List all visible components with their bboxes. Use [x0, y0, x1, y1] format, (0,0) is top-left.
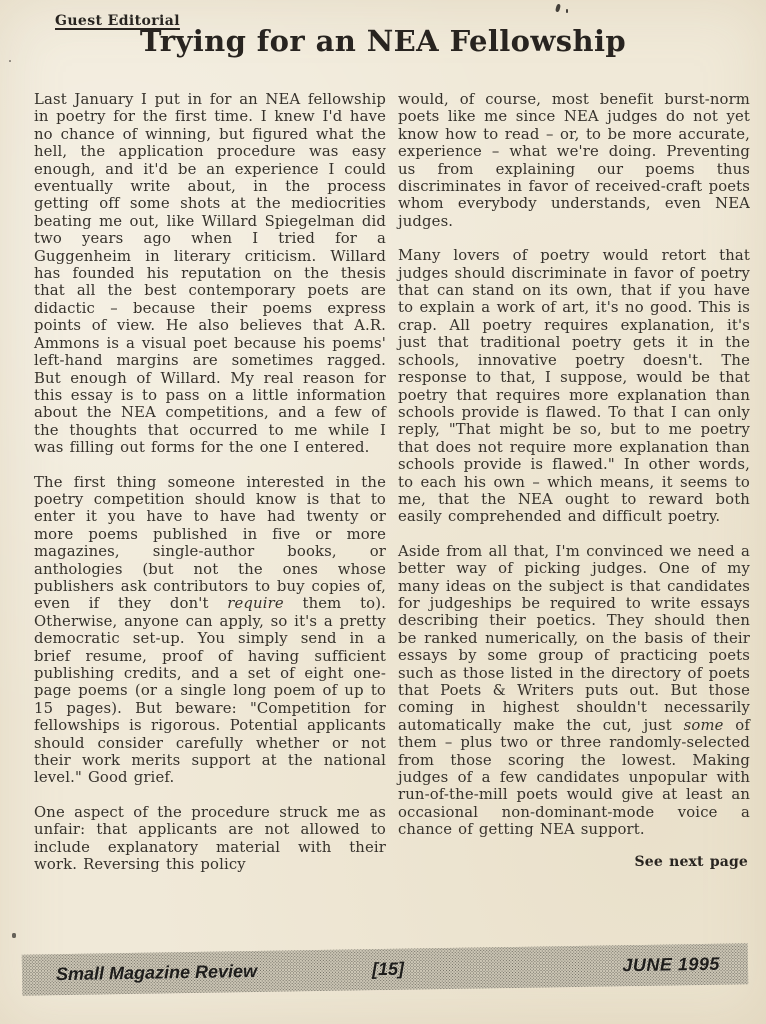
- text-run: Aside from all that, I'm convinced we ne…: [398, 543, 750, 734]
- article-paragraph: Aside from all that, I'm convinced we ne…: [398, 543, 750, 839]
- right-column: would, of course, most benefit burst-nor…: [398, 91, 750, 890]
- text-run: Last January I put in for an NEA fellows…: [34, 91, 386, 456]
- text-run: would, of course, most benefit burst-nor…: [398, 91, 750, 230]
- article-paragraph: would, of course, most benefit burst-nor…: [398, 91, 750, 230]
- article-paragraph: Last January I put in for an NEA fellows…: [34, 91, 386, 457]
- footer-bar: Small Magazine Review [15] JUNE 1995: [22, 943, 749, 995]
- text-run: of them – plus two or three randomly-sel…: [398, 717, 750, 838]
- scan-speck: [9, 60, 11, 62]
- left-column: Last January I put in for an NEA fellows…: [34, 91, 386, 890]
- scan-speck: [12, 933, 16, 938]
- text-run: them to). Otherwise, anyone can apply, s…: [34, 595, 386, 786]
- article-paragraph: The first thing someone interested in th…: [34, 474, 386, 787]
- text-run: The first thing someone interested in th…: [34, 474, 386, 613]
- text-run: One aspect of the procedure struck me as…: [34, 804, 386, 873]
- footer-page-number: [15]: [277, 957, 499, 981]
- scan-speck: [566, 9, 568, 13]
- scanned-magazine-page: Guest Editorial Trying for an NEA Fellow…: [0, 0, 766, 1024]
- footer-issue-date: JUNE 1995: [498, 954, 720, 978]
- article-paragraph: Many lovers of poetry would retort that …: [398, 247, 750, 526]
- scan-speck: [555, 4, 561, 13]
- continuation-note: See next page: [398, 854, 750, 871]
- emphasized-text-run: some: [684, 717, 724, 734]
- article-title: Trying for an NEA Fellowship: [0, 24, 766, 58]
- right-column-paragraphs: would, of course, most benefit burst-nor…: [398, 91, 750, 839]
- article-body: Last January I put in for an NEA fellows…: [34, 91, 750, 890]
- article-paragraph: One aspect of the procedure struck me as…: [34, 804, 386, 874]
- footer-publication-name: Small Magazine Review: [56, 961, 278, 985]
- text-run: Many lovers of poetry would retort that …: [398, 247, 750, 525]
- emphasized-text-run: require: [227, 595, 283, 612]
